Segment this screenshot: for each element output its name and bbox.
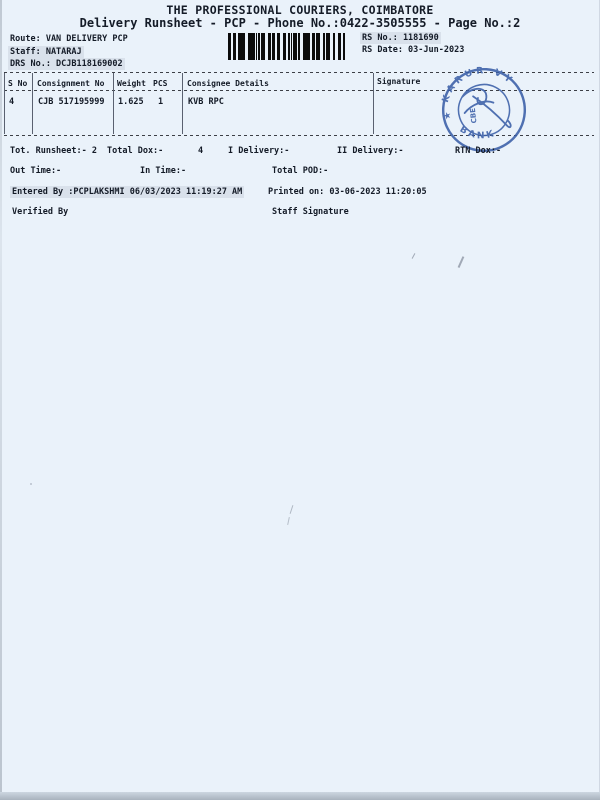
scan-speck: [412, 253, 416, 259]
consignment-barcode: [228, 33, 345, 60]
scan-edge-bottom: [0, 792, 600, 800]
total-dox-value: 4: [198, 146, 203, 156]
rtn-dox: RTN Dox:-: [455, 146, 501, 156]
col-header-signature: Signature: [377, 77, 420, 86]
total-pod: Total POD:-: [272, 166, 328, 176]
col-header-sno: S No: [8, 79, 27, 88]
staff-line: Staff: NATARAJ: [8, 46, 84, 58]
tot-runsheet: Tot. Runsheet:- 2: [10, 146, 97, 156]
verified-by: Verified By: [12, 207, 68, 217]
scan-speck: [458, 256, 464, 268]
col-header-pcs: PCS: [153, 79, 167, 88]
drs-no-line: DRS No.: DCJB118169002: [8, 58, 125, 70]
rs-no-line: RS No.: 1181690: [360, 32, 441, 44]
col-line-2: [113, 73, 114, 134]
scan-speck: [30, 483, 32, 485]
col-header-consignment: Consignment No: [37, 79, 104, 88]
ii-delivery: II Delivery:-: [337, 146, 404, 156]
cell-sno: 4: [9, 97, 14, 107]
scan-speck: [290, 505, 294, 514]
cell-consignee: KVB RPC: [188, 97, 224, 107]
svg-text:KARUR VY: KARUR VY: [433, 59, 518, 109]
entered-by: Entered By :PCPLAKSHMI 06/03/2023 11:19:…: [10, 186, 244, 198]
printed-on: Printed on: 03-06-2023 11:20:05: [268, 187, 427, 197]
total-dox-label: Total Dox:-: [107, 146, 163, 156]
scanned-delivery-runsheet: THE PROFESSIONAL COURIERS, COIMBATORE De…: [0, 0, 600, 800]
col-line-3: [182, 73, 183, 134]
stamp-inner-text: CBE: [468, 107, 479, 124]
col-header-weight: Weight: [117, 79, 146, 88]
cell-weight: 1.625: [118, 97, 144, 107]
in-time: In Time:-: [140, 166, 186, 176]
table-border-left: [4, 73, 5, 134]
col-line-4: [373, 73, 374, 134]
company-title: THE PROFESSIONAL COURIERS, COIMBATORE: [0, 3, 600, 17]
scan-speck: [287, 517, 290, 525]
rs-date-line: RS Date: 03-Jun-2023: [362, 45, 464, 55]
runsheet-subtitle: Delivery Runsheet - PCP - Phone No.:0422…: [0, 16, 600, 30]
i-delivery: I Delivery:-: [228, 146, 289, 156]
stamp-arc-top-text: KARUR VY: [433, 59, 518, 109]
out-time: Out Time:-: [10, 166, 61, 176]
col-header-consignee: Consignee Details: [187, 79, 269, 88]
route-line: Route: VAN DELIVERY PCP: [10, 34, 128, 44]
staff-signature: Staff Signature: [272, 207, 349, 217]
cell-pcs: 1: [158, 97, 163, 107]
cell-consignment: CJB 517195999: [38, 97, 105, 107]
scan-edge-left: [0, 0, 2, 800]
col-line-1: [32, 73, 33, 134]
